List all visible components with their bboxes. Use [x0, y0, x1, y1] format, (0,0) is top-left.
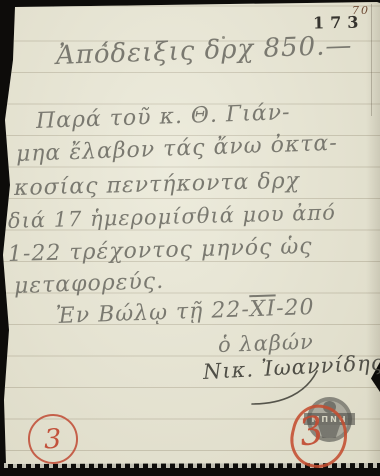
red-number-left: 3 [44, 423, 62, 455]
recipient-label: ὁ λαβών [218, 330, 315, 357]
note-line-7: μεταφορεύς. [14, 269, 165, 299]
paper-fold-line [371, 4, 372, 116]
date-suffix: -20 [276, 295, 315, 321]
corner-annotation: 70 [352, 4, 370, 17]
date-roman-numeral: XI [249, 296, 276, 322]
scanned-receipt: 173 70 Ἀπόδειξις δρχ 850.— Παρά τοῦ κ. Θ… [0, 0, 380, 476]
